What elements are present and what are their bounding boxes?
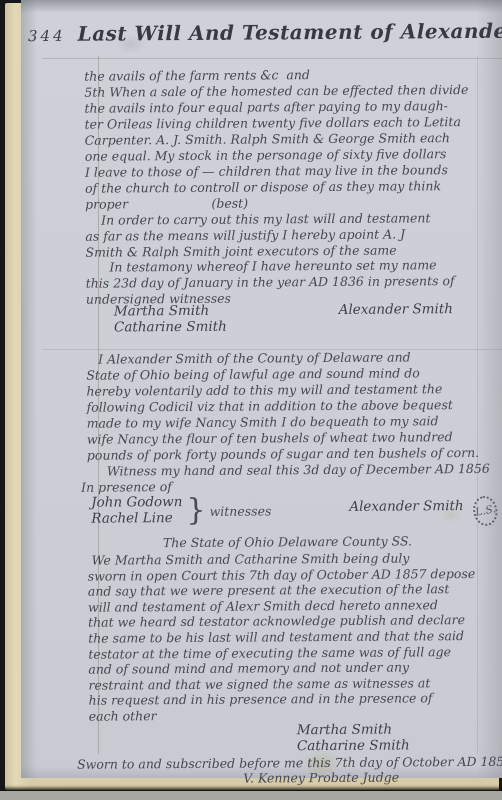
probate-deposition-text: We Martha Smith and Catharine Smith bein… [88, 550, 489, 724]
text-line: his request and in his presence and in t… [89, 690, 489, 708]
witness-signature: John Godown [91, 496, 182, 510]
witness-brace: } [186, 496, 205, 526]
handwritten-ink-layer: 344Last Will And Testament of Alexander … [0, 0, 502, 800]
presence-label: In presence of [81, 477, 491, 496]
witness-signature: Rachel Line [91, 512, 182, 526]
text-line: testator at the time of executing the sa… [88, 643, 488, 661]
text-line: this 23d day of January in the year AD 1… [86, 273, 486, 292]
codicil-text: I Alexander Smith of the County of Delaw… [86, 349, 487, 480]
witness-signature: Catharine Smith [114, 321, 227, 335]
codicil-witness-block: In presence of John Godown Rachel Line }… [81, 477, 491, 529]
testator-signature: Alexander Smith [349, 500, 463, 514]
text-line: each other [89, 706, 489, 724]
witness-signature: Martha Smith [297, 723, 410, 737]
will-witness-signatures: Martha Smith Catharine Smith [114, 305, 227, 338]
will-attestation-text: In testamony whereof I have hereunto set… [86, 257, 486, 308]
witness-signature: Catharine Smith [297, 739, 410, 753]
ledger-header: 344Last Will And Testament of Alexander … [28, 17, 502, 46]
text-line: In order to carry out this my last will … [85, 210, 485, 229]
testator-signature: Alexander Smith [339, 303, 453, 317]
executor-clause-text: In order to carry out this my last will … [85, 210, 485, 261]
seal-stamp: L.S. [471, 494, 500, 528]
witness-signature: Martha Smith [114, 305, 227, 319]
document-title: Last Will And Testament of Alexander Smi… [78, 18, 502, 46]
probate-witness-signatures: Martha Smith Catharine Smith [297, 723, 410, 756]
probate-heading: The State of Ohio Delaware County SS. [87, 533, 487, 552]
page-number: 344 [28, 27, 66, 45]
witnesses-label: witnesses [209, 503, 271, 518]
judge-signature: V. Kenney Probate Judge [243, 770, 399, 787]
codicil-signature-row: John Godown Rachel Line } witnesses Alex… [81, 494, 491, 529]
will-clause-text: the avails of the farm rents &c and5th W… [84, 66, 485, 213]
text-line: of the church to controll or dispose of … [85, 178, 485, 197]
record-book-photo: 344Last Will And Testament of Alexander … [0, 0, 502, 800]
codicil-witness-signatures: John Godown Rachel Line [91, 496, 182, 529]
will-signature-block: Martha Smith Catharine Smith Alexander S… [114, 303, 474, 338]
